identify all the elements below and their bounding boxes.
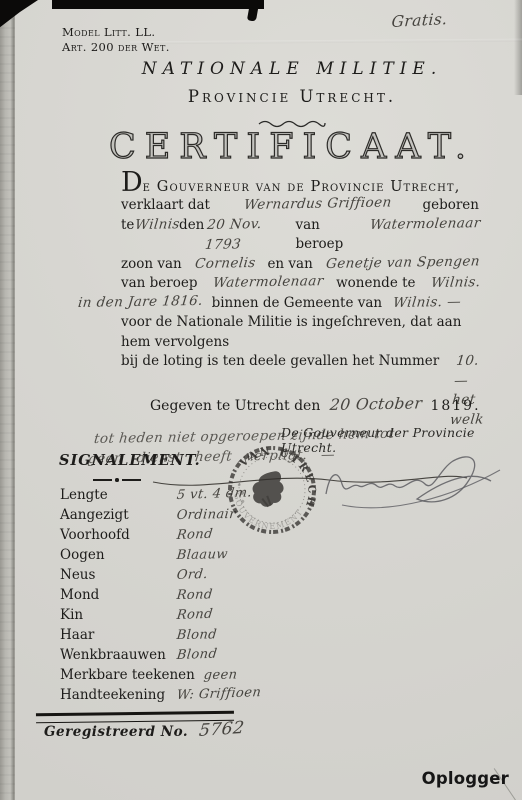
printed-text: van beroep	[295, 216, 368, 255]
signalement-heading: SIGNALEMENT.	[59, 452, 201, 469]
printed-text: wonende te	[336, 274, 415, 294]
signalement-label: Haar	[60, 627, 176, 643]
province-stamp-icon: VAN UTRECHT GOUVERNEMENT	[221, 439, 323, 541]
hand-birthplace: Wilnis	[134, 215, 181, 235]
signalement-value: Rond	[176, 527, 214, 543]
signalement-label: Merkbare teekenen	[60, 667, 203, 683]
stamp-smudge	[237, 483, 240, 486]
printed-text: en van	[267, 255, 312, 275]
issue-year: 1819.	[430, 398, 480, 414]
gratis-note: Gratis.	[391, 10, 448, 31]
signalement-label: Kin	[60, 607, 176, 623]
opening-line: De Gouverneur van de Provincie Utrecht,	[121, 167, 460, 198]
hand-residence: Wilnis.	[430, 273, 481, 293]
hand-municipality: Wilnis. —	[392, 292, 462, 313]
printed-text: bij de loting is ten deele gevallen het …	[121, 352, 439, 372]
signalement-value: geen	[203, 667, 238, 683]
right-edge-shade	[514, 0, 522, 95]
signalement-row: Oogen Blaauw	[60, 547, 325, 567]
model-reference: Model Litt. LL. Art. 200 der Wet.	[62, 25, 170, 54]
hand-issue-date: 20 October	[329, 394, 423, 414]
signalement-label: Aangezigt	[60, 507, 176, 523]
signalement-value: Rond	[176, 587, 213, 603]
signalement-divider	[93, 478, 141, 482]
left-binding-strip	[0, 0, 15, 800]
registration-number: 5762	[198, 718, 245, 741]
hand-lot-number: 10. — het welk	[449, 351, 491, 430]
registration-label: Geregistreerd No.	[44, 724, 188, 740]
body-line-7: bij de loting is ten deele gevallen het …	[121, 352, 479, 430]
divider-dash	[122, 479, 141, 481]
hand-father-profession: Watermolenaar	[212, 272, 325, 293]
body-line-4: van beroep Watermolenaar wonende te Wiln…	[121, 274, 479, 294]
top-scan-shadow-band	[52, 0, 264, 9]
signalement-row: Merkbare teekenen geen	[60, 667, 325, 687]
signalement-value: Ord.	[176, 567, 209, 583]
signalement-label: Oogen	[60, 547, 176, 563]
signalement-label: Lengte	[60, 487, 176, 503]
signalement-value: W: Griffioen	[176, 685, 262, 703]
divider-dash	[93, 479, 112, 481]
printed-text: van beroep	[121, 274, 198, 294]
signalement-row: Kin Rond	[60, 607, 325, 627]
hand-name: Wernardus Griffioen	[243, 193, 393, 215]
printed-text: te	[121, 216, 134, 236]
province-subtitle: Provincie Utrecht.	[70, 87, 514, 106]
model-line-1: Model Litt. LL.	[62, 25, 170, 40]
hand-enrollment-year: in den Jare 1816.	[77, 291, 204, 313]
stamp-emblem	[249, 466, 288, 510]
signalement-row: Mond Rond	[60, 587, 325, 607]
signalement-row: Handteekening W: Griffioen	[60, 687, 325, 707]
signalement-value: Rond	[176, 607, 214, 623]
issue-line: Gegeven te Utrecht den 20 October 1819.	[150, 396, 481, 414]
printed-text: Gegeven te Utrecht den	[150, 398, 320, 414]
body-line-3: zoon van Cornelis en van Genetje van Spe…	[121, 255, 479, 275]
hand-profession: Watermolenaar	[369, 214, 482, 235]
registration-line: Geregistreerd No. 5762	[44, 721, 243, 741]
signalement-row: Wenkbraauwen Blond	[60, 647, 325, 667]
governor-signature	[320, 442, 506, 518]
body-line-1: verklaart dat Wernardus Griffioen gebore…	[121, 196, 479, 216]
printed-text: den	[179, 216, 204, 236]
model-line-2: Art. 200 der Wet.	[62, 40, 170, 55]
signalement-value: Blond	[176, 627, 218, 643]
hand-birthdate: 20 Nov. 1793	[204, 214, 299, 255]
signalement-label: Mond	[60, 587, 176, 603]
oplogger-watermark: Oplogger	[422, 769, 509, 788]
certificate-title: CERTIFICAAT.	[70, 127, 514, 167]
signalement-value: Blond	[176, 647, 218, 663]
signalement-value: Blaauw	[176, 547, 229, 563]
body-line-5: in den Jare 1816. binnen de Gemeente van…	[121, 294, 479, 314]
signalement-label: Handteekening	[60, 687, 176, 703]
scanned-certificate-page: Gratis. Model Litt. LL. Art. 200 der Wet…	[0, 0, 522, 800]
paper-crease	[130, 39, 522, 45]
divider-dot	[115, 478, 119, 482]
printed-text: geboren	[422, 196, 479, 216]
printed-text: zoon van	[121, 255, 182, 275]
signalement-label: Neus	[60, 567, 176, 583]
hand-father-name: Cornelis	[194, 253, 257, 274]
militia-title: NATIONALE MILITIE.	[70, 59, 514, 79]
signalement-row: Haar Blond	[60, 627, 325, 647]
signalement-label: Wenkbraauwen	[60, 647, 176, 663]
printed-text: verklaart dat	[121, 196, 210, 216]
body-line-6: voor de Nationale Militie is ingeſchreve…	[121, 313, 479, 352]
signalement-row: Neus Ord.	[60, 567, 325, 587]
signalement-label: Voorhoofd	[60, 527, 176, 543]
hand-mother-name: Genetje van Spengen	[325, 252, 481, 274]
body-line-2: te Wilnis den 20 Nov. 1793 van beroep Wa…	[121, 216, 479, 255]
printed-text: binnen de Gemeente van	[212, 294, 383, 314]
